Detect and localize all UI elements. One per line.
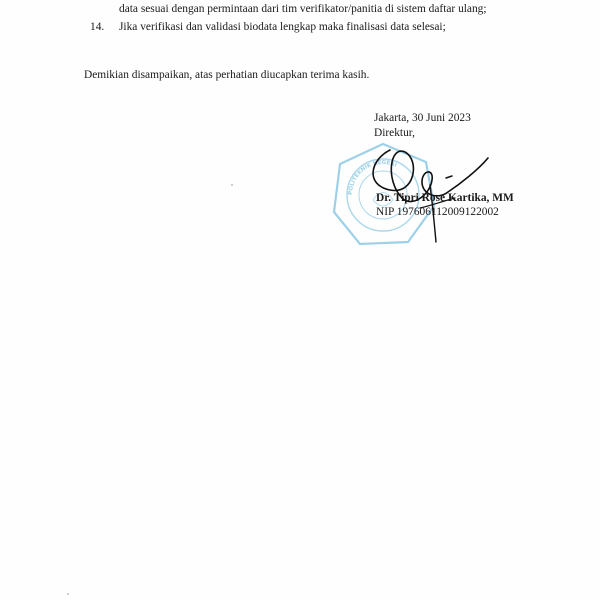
place-date: Jakarta, 30 Juni 2023	[374, 111, 471, 126]
signatory-name: Dr. Tipri Rose Kartika, MM	[376, 192, 514, 204]
scan-speck	[67, 593, 69, 595]
signatory-nip: NIP 197606112009122002	[376, 206, 499, 218]
closing-statement: Demikian disampaikan, atas perhatian diu…	[84, 68, 369, 82]
list-item-number: 14.	[90, 20, 119, 34]
scan-speck	[231, 184, 233, 186]
signature-header: Jakarta, 30 Juni 2023 Direktur,	[374, 111, 471, 141]
document-page: data sesuai dengan permintaan dari tim v…	[0, 0, 600, 600]
list-item-continuation: data sesuai dengan permintaan dari tim v…	[119, 2, 487, 16]
list-item: 14.Jika verifikasi dan validasi biodata …	[90, 20, 446, 34]
signatory-position: Direktur,	[374, 126, 471, 141]
list-item-text: Jika verifikasi dan validasi biodata len…	[119, 21, 446, 33]
